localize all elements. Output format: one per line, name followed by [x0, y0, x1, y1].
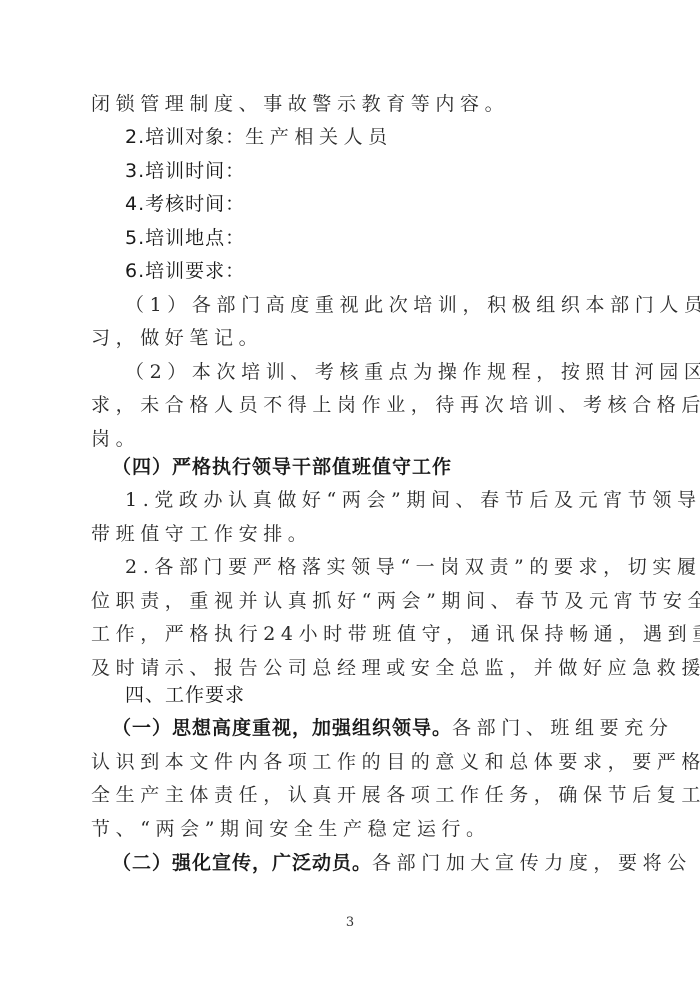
training-target-label: 2.培训对象： [125, 126, 245, 148]
paragraph-line: 习，做好笔记。 [91, 326, 621, 350]
document-page: 闭锁管理制度、事故警示教育等内容。 2.培训对象：生产相关人员 3.培训时间： … [0, 0, 700, 989]
training-target-item: 2.培训对象：生产相关人员 [125, 125, 621, 149]
exam-time-item: 4.考核时间： [125, 192, 621, 216]
paragraph-line: （2）本次培训、考核重点为操作规程，按照甘河园区工作要 [125, 360, 621, 384]
paragraph-line: 工作，严格执行24小时带班值守，通讯保持畅通，遇到重大情况 [91, 622, 621, 646]
section-heading-work-requirements: 四、工作要求 [125, 683, 621, 707]
subsection-lead-2: （二）强化宣传，广泛动员。 [112, 852, 372, 874]
paragraph-line: 2.各部门要严格落实领导“一岗双责”的要求，切实履行岗 [125, 555, 621, 579]
paragraph-line: 认识到本文件内各项工作的目的意义和总体要求，要严格落实安 [91, 750, 621, 774]
training-time-item: 3.培训时间： [125, 159, 621, 183]
paragraph-line: （1）各部门高度重视此次培训，积极组织本部门人员认真学 [125, 293, 621, 317]
paragraph-line: 及时请示、报告公司总经理或安全总监，并做好应急救援工作。 [91, 656, 621, 680]
paragraph-line: 岗。 [91, 427, 621, 451]
paragraph-line: 节、“两会”期间安全生产稳定运行。 [91, 817, 621, 841]
page-number: 3 [340, 915, 360, 930]
training-location-item: 5.培训地点： [125, 226, 621, 250]
section-heading-4: （四）严格执行领导干部值班值守工作 [112, 455, 642, 479]
paragraph-line: 闭锁管理制度、事故警示教育等内容。 [91, 92, 621, 116]
subsection-lead-1: （一）思想高度重视，加强组织领导。 [112, 717, 452, 739]
paragraph-line: 求，未合格人员不得上岗作业，待再次培训、考核合格后方可上 [91, 393, 621, 417]
paragraph-line: 带班值守工作安排。 [91, 522, 621, 546]
training-requirements-item: 6.培训要求： [125, 259, 621, 283]
paragraph-text: 各部门加大宣传力度，要将公 [372, 852, 692, 874]
paragraph-line: 位职责，重视并认真抓好“两会”期间、春节及元宵节安全生产 [91, 589, 621, 613]
training-target-value: 生产相关人员 [245, 126, 393, 148]
paragraph-line: 1.党政办认真做好“两会”期间、春节后及元宵节领导干部 [125, 488, 621, 512]
paragraph-line: （一）思想高度重视，加强组织领导。各部门、班组要充分 [112, 716, 608, 740]
paragraph-line: 全生产主体责任，认真开展各项工作任务，确保节后复工、元宵 [91, 783, 621, 807]
paragraph-line: （二）强化宣传，广泛动员。各部门加大宣传力度，要将公 [112, 851, 608, 875]
paragraph-text: 各部门、班组要充分 [452, 717, 673, 739]
